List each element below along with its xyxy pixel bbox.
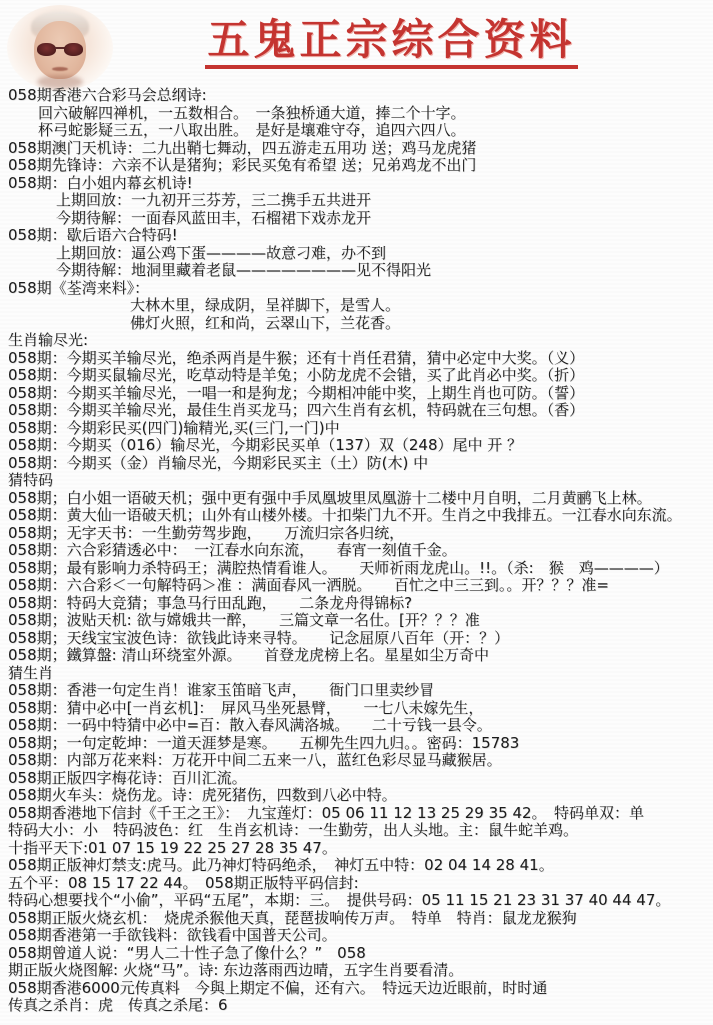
text-line: 058期先锋诗：六亲不认是猪狗；彩民买兔有希望 送；兄弟鸡龙不出门 [8, 157, 713, 175]
text-line: 今期待解：一面春风蓝田丰，石榴裙下戏赤龙开 [8, 210, 713, 228]
text-line: 传真之杀肖：虎 传真之杀尾：6 [8, 997, 713, 1015]
title-wrap: 五鬼正宗综合资料 [110, 16, 673, 69]
text-line: 回六破解四禅机，一五数相合。 一条独桥通大道，捧二个十字。 [8, 105, 713, 123]
text-line: 058期：今期买（016）输尽光，今期彩民买单（137）双（248）尾中 开 ？ [8, 437, 713, 455]
text-line: 生肖输尽光: [8, 332, 713, 350]
sunglasses-icon [37, 43, 83, 56]
content-lines: 058期香港六合彩马会总纲诗:回六破解四禅机，一五数相合。 一条独桥通大道，捧二… [8, 87, 713, 1015]
text-line: 058期：白小姐内幕玄机诗! [8, 175, 713, 193]
text-line: 大林木里，绿成阴，呈祥脚下，是雪人。 [8, 297, 713, 315]
text-line: 058期澳门天机诗：二九出鞘七舞动，四五游走五用功 送；鸡马龙虎猪 [8, 140, 713, 158]
text-line: 058期；天线宝宝波色诗：欲钱此诗来寻特。 记念屈原八百年（开：？） [8, 630, 713, 648]
text-line: 058期：猜中必中[一肖玄机]： 屏风马坐死悬臂， 一七八未嫁先生， [8, 700, 713, 718]
avatar-mouth [52, 67, 68, 71]
text-line: 058期；波贴天机: 欲与嫦娥共一醉， 三篇文章一名仕。[开？？？准 [8, 612, 713, 630]
lottery-info-sheet: 五鬼正宗综合资料 058期香港六合彩马会总纲诗:回六破解四禅机，一五数相合。 一… [0, 0, 713, 1025]
text-line: 058期香港地下信封《千王之王》： 九宝莲灯：05 06 11 12 13 25… [8, 805, 713, 823]
text-line: 058期香港第一手欲钱料：欲钱看中国普天公司。 [8, 927, 713, 945]
text-line: 058期：黄大仙一语破天机；山外有山楼外楼。十扣柴门九不开。生肖之中我排五。一江… [8, 507, 713, 525]
text-line: 058期香港六合彩马会总纲诗: [8, 87, 713, 105]
text-line: 058期；鐵算盤: 清山环绕室外源。 首登龙虎榜上名。星星如尘万奇中 [8, 647, 713, 665]
text-line: 058期：内部万花来料：万花开中间二五来一八，蓝红色彩尽显马藏猴居。 [8, 752, 713, 770]
text-line: 上期回放：一九初开三芬芳，三二携手五共进开 [8, 192, 713, 210]
text-line: 058期正版火烧玄机： 烧虎杀猴他天真，琵琶拔响传万声。 特单 特肖：鼠龙龙猴狗 [8, 910, 713, 928]
text-line: 058期正版神灯禁支:虎马。此乃神灯特码绝杀， 神灯五中特：02 04 14 2… [8, 857, 713, 875]
text-line: 058期：今期买鼠输尽光，吃草动特是羊兔；小防龙虎不会错，买了此肖必中奖。（折） [8, 367, 713, 385]
text-line: 058期：香港一句定生肖！谁家玉笛暗飞声， 衙门口里卖纱冒 [8, 682, 713, 700]
text-line: 猜生肖 [8, 665, 713, 683]
text-line: 五个平：08 15 17 22 44。 058期正版特平码信封: [8, 875, 713, 893]
text-line: 058期：六合彩＜一句解特码＞准 ：满面春风一洒脱。 百忙之中三三到。。开？？？… [8, 577, 713, 595]
text-line: 058期《荃湾来料》： [8, 280, 713, 298]
text-line: 058期；无字天书：一生勤劳驾步跑， 万流归宗各归统， [8, 525, 713, 543]
text-line: 058期香港6000元传真料 今與上期定不偏，还有六。 特远天边近眼前，时时通 [8, 980, 713, 998]
text-line: 058期；一句定乾坤：一道天涯梦是寒。 五柳先生四九归。。密码：15783 [8, 735, 713, 753]
text-line: 今期待解：地洞里藏着老鼠————————见不得阳光 [8, 262, 713, 280]
text-line: 058期：六合彩猜透必中： 一江春水向东流， 春宵一刻值千金。 [8, 542, 713, 560]
text-line: 特码心想要找个“小偷”，平码“五尾”，本期：三。 提供号码：05 11 15 2… [8, 892, 713, 910]
text-line: 058期：一码中特猜中必中=百：散入春风满洛城。 二十亏钱一县令。 [8, 717, 713, 735]
text-line: 058期：今期买羊输尽光，绝杀两肖是牛猴；还有十肖任君猜，猜中必定中大奖。（义） [8, 350, 713, 368]
text-line: 佛灯火照，红和尚，云翠山下，兰花香。 [8, 315, 713, 333]
text-line: 058期正版四字梅花诗：百川汇流。 [8, 770, 713, 788]
header: 五鬼正宗综合资料 [0, 0, 713, 86]
avatar [7, 5, 113, 91]
text-line: 058期曾道人说：“男人二十性子急了像什么？” 058 [8, 945, 713, 963]
text-line: 058期火车头：烧伤龙。诗：虎死猪伤，四数到八必中特。 [8, 787, 713, 805]
text-line: 058期：今期彩民买(四门)输精光,买(三门,一门)中 [8, 420, 713, 438]
text-line: 杯弓蛇影疑三五，一八取出胜。 是好是壤难守夺，追四六四八。 [8, 122, 713, 140]
text-line: 058期：今期买（金）肖输尽光，今期彩民买主（土）防(木) 中 [8, 455, 713, 473]
text-line: 上期回放：逼公鸡下蛋————故意刁难，办不到 [8, 245, 713, 263]
text-line: 058期；白小姐一语破天机；强中更有强中手凤凰坡里凤凰游十二楼中月自明，二月黄鹂… [8, 490, 713, 508]
text-line: 058期：特码大竞猜；事急马行田乱跑， 二条龙舟得锦标? [8, 595, 713, 613]
text-line: 特码大小：小 特码波色：红 生肖玄机诗：一生勤劳，出人头地。主：鼠牛蛇羊鸡。 [8, 822, 713, 840]
text-line: 十指平天下:01 07 15 19 22 25 27 28 35 47。 [8, 840, 713, 858]
page-title: 五鬼正宗综合资料 [205, 16, 577, 69]
text-line: 058期：今期买羊输尽光，最佳生肖买龙马；四六生肖有玄机，特码就在三句想。（香） [8, 402, 713, 420]
text-line: 期正版火烧图解: 火烧“马”。诗: 东边落雨西边晴，五字生肖要看清。 [8, 962, 713, 980]
text-line: 058期；最有影响力杀特码王；满腔热情看谁人。 天师祈雨龙虎山。!!。（杀: 猴… [8, 560, 713, 578]
text-line: 058期：今期买羊输尽光，一唱一和是狗龙；今期相冲能中奖，上期生肖也可防。（誓） [8, 385, 713, 403]
text-line: 058期：歇后语六合特码! [8, 227, 713, 245]
text-line: 猜特码 [8, 472, 713, 490]
